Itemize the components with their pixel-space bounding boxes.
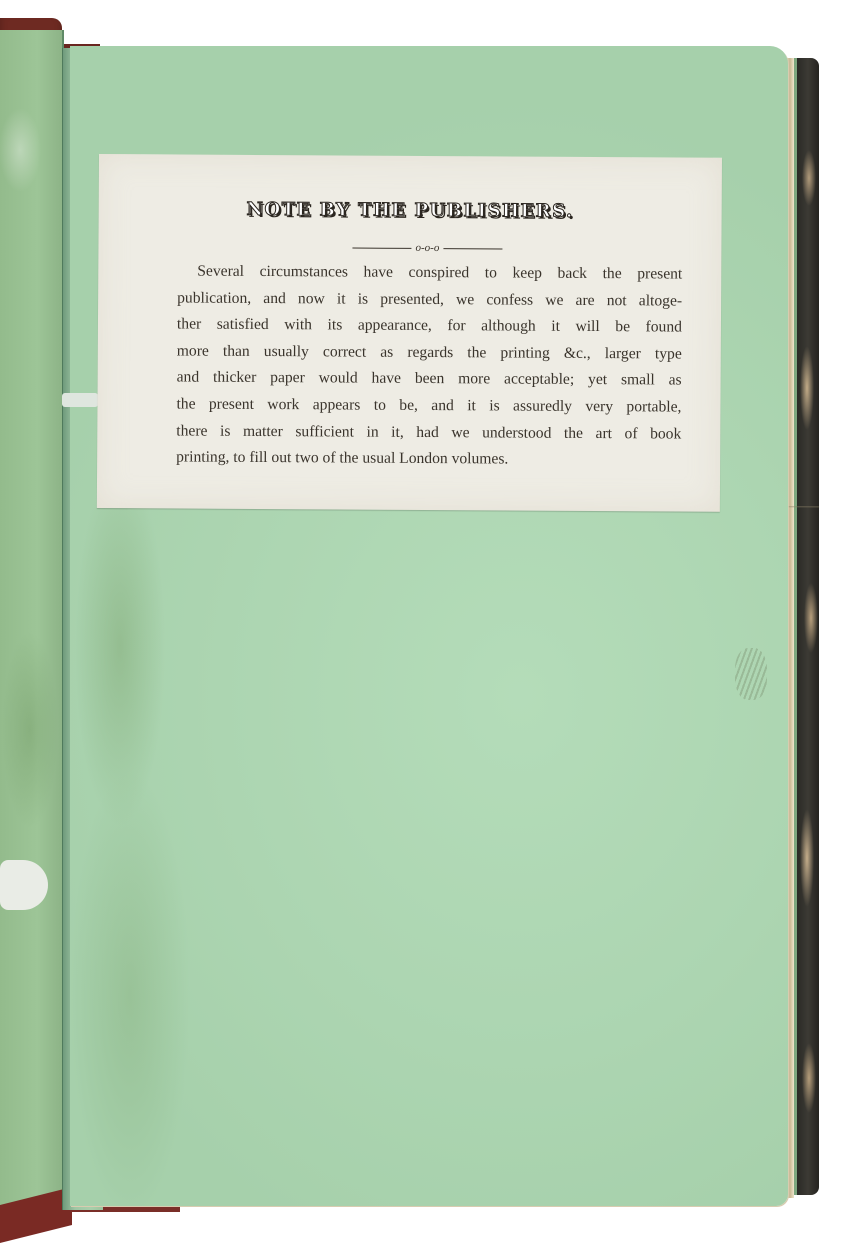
note-body: Several circumstances have conspired to … [176,258,682,474]
front-pastedown [0,30,64,1215]
note-line: more than usually correct as regards the… [177,338,682,368]
note-line: the present work appears to be, and it i… [176,391,681,421]
note-line: printing, to fill out two of the usual L… [176,445,681,475]
note-line: Several circumstances have conspired to … [177,258,682,288]
note-title: NOTE BY THE PUBLISHERS. [99,198,722,223]
book-photograph: NOTE BY THE PUBLISHERS. o-o-o Several ci… [0,0,861,1260]
hinge-paper-tear [62,393,98,407]
ornamental-rule: o-o-o [352,242,502,255]
publishers-note-slip: NOTE BY THE PUBLISHERS. o-o-o Several ci… [97,154,722,512]
pencil-hairline [789,506,819,507]
rule-line-left [352,247,411,248]
note-line: ther satisfied with its appearance, for … [177,312,682,342]
rule-line-right [443,248,502,249]
rule-ornament: o-o-o [413,242,441,253]
note-line: publication, and now it is presented, we… [177,285,682,315]
note-line: there is matter sufficient in it, had we… [176,418,681,448]
pencil-smudge [735,648,767,700]
paper-loss-patch [0,860,48,910]
marbled-back-board [794,58,819,1195]
note-line: and thicker paper would have been more a… [177,365,682,395]
